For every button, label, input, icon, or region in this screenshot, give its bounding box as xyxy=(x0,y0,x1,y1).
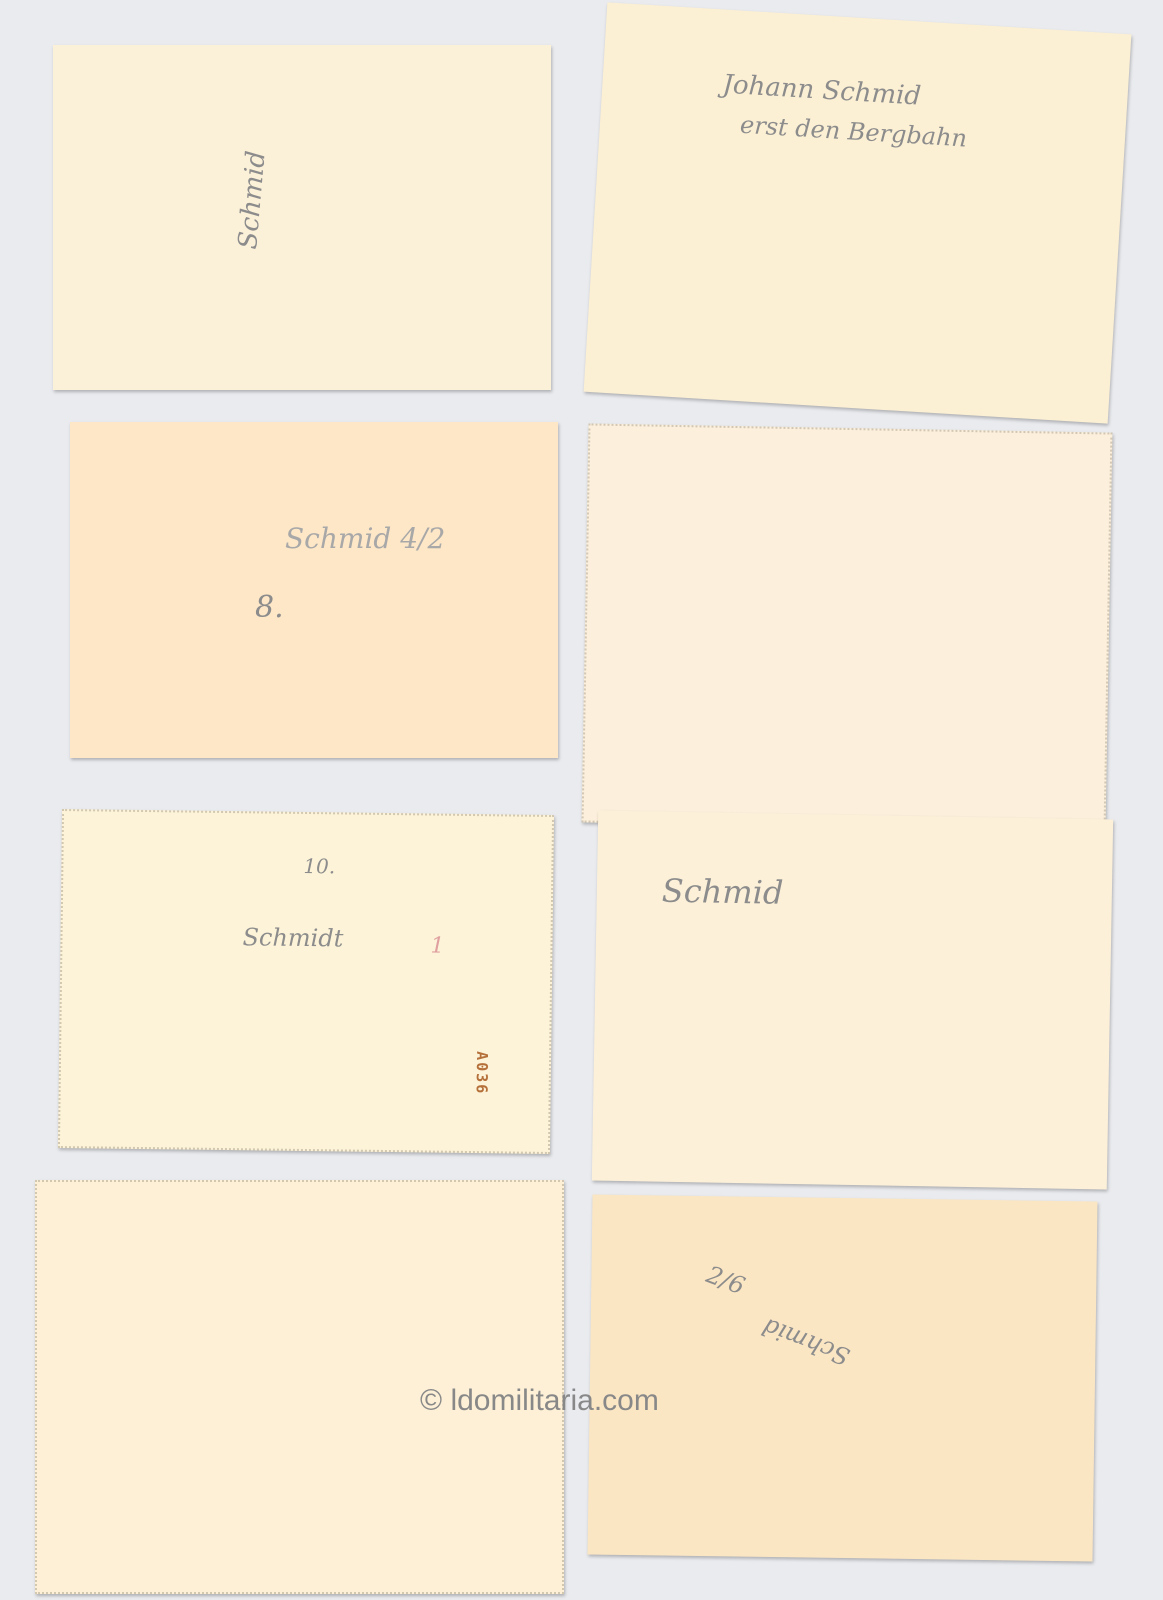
handwriting-name: Schmid xyxy=(759,1312,854,1371)
handwriting: Schmid xyxy=(662,872,784,912)
photo-back-r1-left: Schmid xyxy=(53,45,551,390)
photo-back-r1-right: Johann Schmid erst den Bergbahn xyxy=(584,2,1132,423)
photo-back-r2-left: Schmid 4/2 8. xyxy=(70,422,558,758)
handwriting-red-mark: 1 xyxy=(430,934,444,959)
handwriting: Schmid xyxy=(233,150,271,251)
printed-stamp: A036 xyxy=(473,1051,492,1095)
handwriting-name: Schmidt xyxy=(242,923,343,952)
photo-back-r2-right xyxy=(582,423,1113,831)
handwriting-number: 10. xyxy=(303,854,335,878)
watermark: © ldomilitaria.com xyxy=(420,1384,659,1418)
photo-back-r3-right: Schmid xyxy=(592,811,1113,1190)
photo-back-r3-left: 10. Schmidt 1 A036 xyxy=(58,809,554,1154)
handwriting-name: Schmid 4/2 xyxy=(285,522,445,555)
handwriting-line-2: erst den Bergbahn xyxy=(739,111,967,153)
handwriting-number: 8. xyxy=(255,590,284,625)
photo-back-r4-right: 2/6 Schmid xyxy=(588,1194,1098,1561)
handwriting-line-1: Johann Schmid xyxy=(722,70,922,112)
handwriting-fraction: 2/6 xyxy=(703,1260,749,1300)
